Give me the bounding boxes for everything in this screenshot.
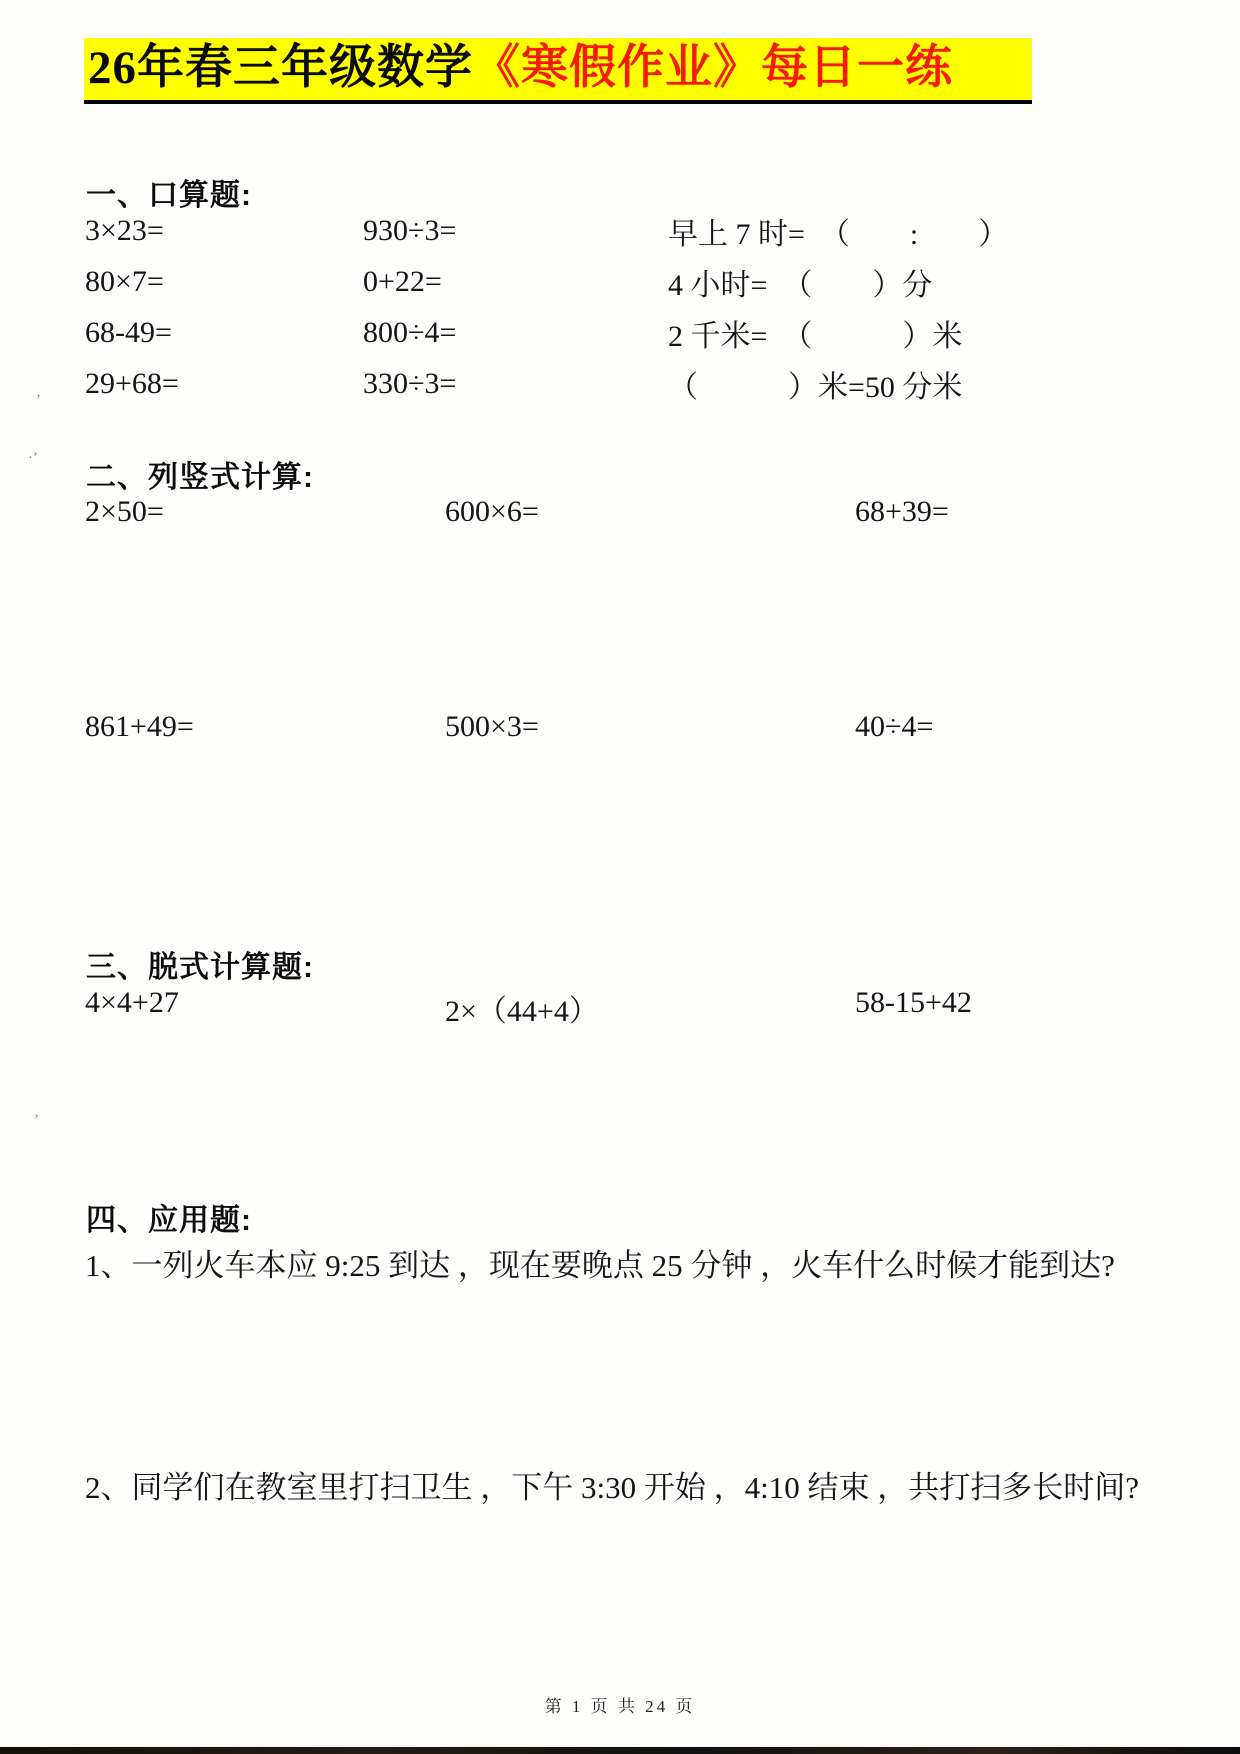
stepwise-problem: 4×4+27	[85, 986, 445, 1030]
oral-problem: 早上 7 时= （ : ）	[600, 209, 1157, 253]
word-problem-1: 1、一列火车本应 9:25 到达 ，现在要晚点 25 分钟 ，火车什么时候才能到…	[85, 1240, 1163, 1292]
oral-calc-row-2: 80×7= 0+22= 4 小时= （ ）分	[85, 256, 1157, 307]
stepwise-calc-row: 4×4+27 2×（44+4） 58-15+42	[85, 986, 1157, 1030]
title-prefix: 26年春三年级数学	[88, 42, 473, 94]
oral-problem: 3×23=	[85, 214, 363, 248]
oral-problem: 68-49=	[85, 316, 363, 350]
scan-artifact: ·’	[28, 450, 38, 467]
vertical-calc-row-2: 861+49= 500×3= 40÷4=	[85, 710, 1157, 744]
oral-problem: 4 小时= （ ）分	[600, 260, 1157, 304]
vertical-problem: 600×6=	[445, 495, 855, 529]
oral-problem: 2 千米= （ ）米	[600, 311, 1157, 355]
page-number: 第 1 页 共 24 页	[0, 1692, 1240, 1717]
vertical-problem: 68+39=	[855, 495, 1157, 529]
title-banner: 26年春三年级数学《寒假作业》每日一练	[84, 38, 1032, 104]
vertical-problem: 500×3=	[445, 710, 855, 744]
vertical-problem: 40÷4=	[855, 710, 1157, 744]
worksheet-page: 26年春三年级数学《寒假作业》每日一练 一、口算题: 3×23= 930÷3= …	[0, 0, 1240, 1754]
oral-problem: 800÷4=	[363, 316, 600, 350]
vertical-problem: 2×50=	[85, 495, 445, 529]
word-problem-2: 2、同学们在教室里打扫卫生 ，下午 3:30 开始 ，4:10 结束 ，共打扫多…	[85, 1462, 1163, 1514]
scan-artifact: ’	[34, 1112, 39, 1129]
oral-problem: 330÷3=	[363, 367, 600, 401]
vertical-calc-row-1: 2×50= 600×6= 68+39=	[85, 495, 1157, 529]
oral-problem: 930÷3=	[363, 214, 600, 248]
title-highlight: 《寒假作业》每日一练	[473, 42, 953, 94]
oral-calc-row-1: 3×23= 930÷3= 早上 7 时= （ : ）	[85, 205, 1157, 256]
section4-heading: 四、应用题:	[86, 1195, 252, 1239]
section3-heading: 三、脱式计算题:	[86, 942, 314, 986]
stepwise-problem: 2×（44+4）	[445, 986, 855, 1030]
oral-problem: 80×7=	[85, 265, 363, 299]
oral-calc-row-3: 68-49= 800÷4= 2 千米= （ ）米	[85, 307, 1157, 358]
section1-rows: 3×23= 930÷3= 早上 7 时= （ : ） 80×7= 0+22= 4…	[85, 205, 1157, 409]
stepwise-problem: 58-15+42	[855, 986, 1157, 1030]
scan-artifact: ’	[36, 392, 41, 409]
oral-problem: 29+68=	[85, 367, 363, 401]
scan-bottom-edge	[0, 1747, 1240, 1754]
oral-calc-row-4: 29+68= 330÷3= （ ）米=50 分米	[85, 358, 1157, 409]
vertical-problem: 861+49=	[85, 710, 445, 744]
oral-problem: 0+22=	[363, 265, 600, 299]
section2-heading: 二、列竖式计算:	[86, 452, 314, 496]
oral-problem: （ ）米=50 分米	[600, 362, 1157, 406]
